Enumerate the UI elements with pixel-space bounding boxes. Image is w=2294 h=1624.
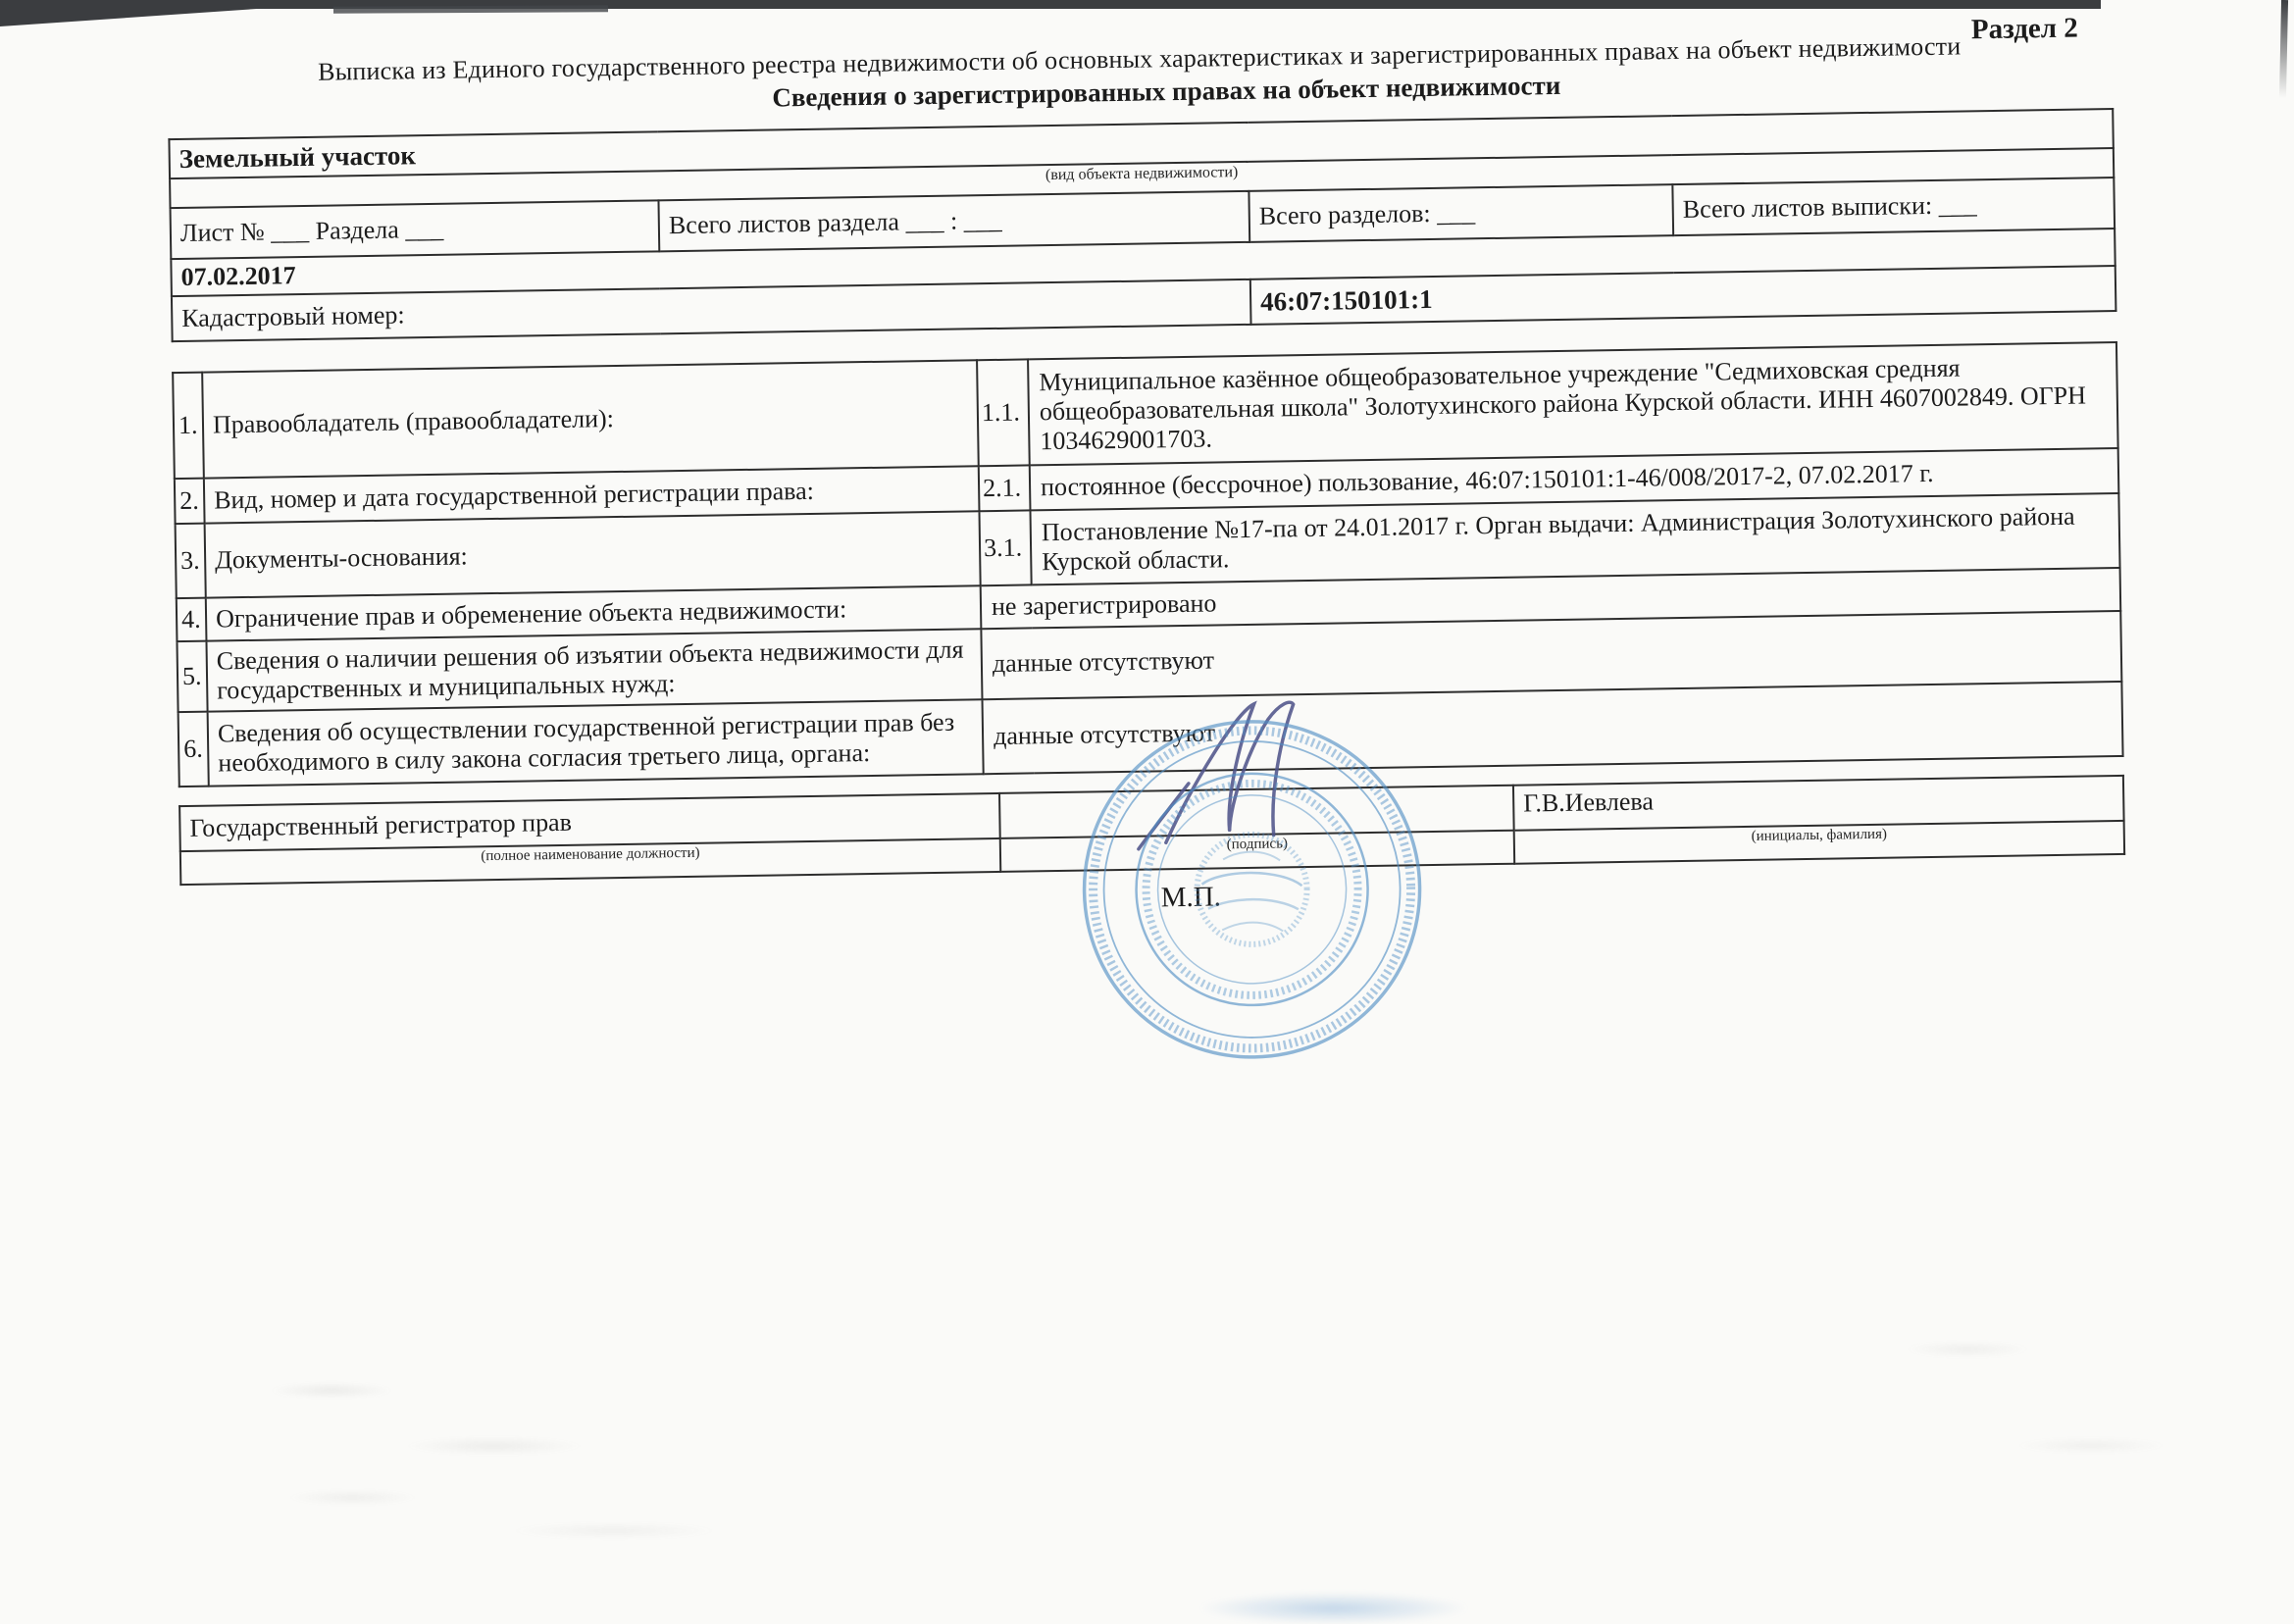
document-content: Раздел 2 Выписка из Единого государствен…	[0, 0, 2294, 1624]
row-number: 2.	[175, 479, 205, 524]
row-label: Сведения о наличии решения об изъятии об…	[206, 629, 982, 711]
row-number: 3.	[176, 524, 206, 598]
row-number: 4.	[177, 598, 207, 641]
official-seal-stamp	[1072, 709, 1433, 1070]
total-sheets-section-cell: Всего листов раздела ___ : ___	[658, 191, 1249, 251]
row-number: 5.	[177, 641, 207, 712]
row-label: Сведения об осуществлении государственно…	[208, 699, 984, 786]
row-subnumber: 1.1.	[977, 359, 1030, 466]
header-table: Земельный участок (вид объекта недвижимо…	[168, 108, 2116, 342]
total-sections-cell: Всего разделов: ___	[1249, 184, 1673, 242]
row-subnumber: 2.1.	[979, 465, 1031, 511]
row-number: 1.	[173, 373, 204, 479]
row-label: Документы-основания:	[205, 511, 981, 597]
row-number: 6.	[178, 712, 209, 787]
row-subnumber: 3.1.	[979, 510, 1031, 585]
scanned-document-page: Раздел 2 Выписка из Единого государствен…	[0, 0, 2294, 1624]
row-value: Муниципальное казённое общеобразовательн…	[1028, 342, 2118, 465]
total-sheets-extract-cell: Всего листов выписки: ___	[1672, 178, 2115, 235]
sheet-number-cell: Лист № ___ Раздела ___	[171, 200, 660, 259]
row-label: Правообладатель (правообладатели):	[202, 360, 979, 478]
